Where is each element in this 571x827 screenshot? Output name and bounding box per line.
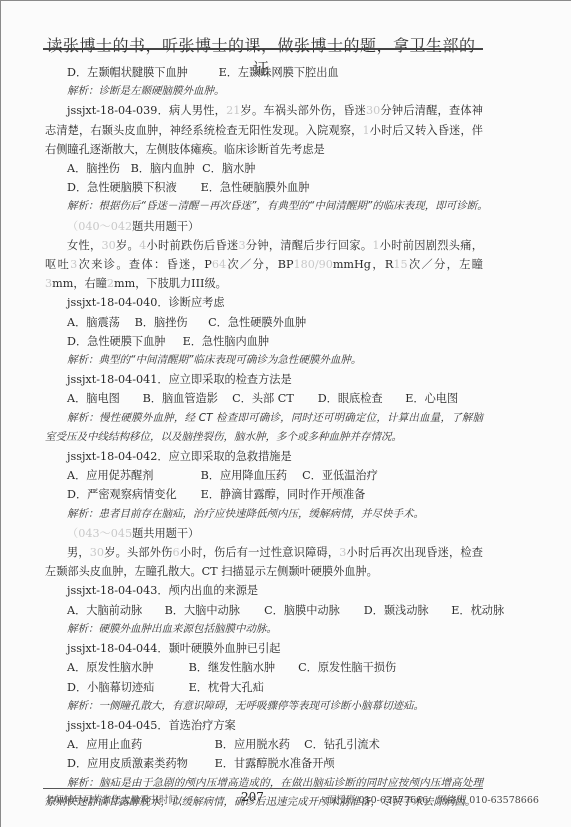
question-id: jssjxt-18-04-045． [67, 719, 169, 732]
option-c: C．原发性脑干损伤 [298, 658, 396, 677]
faded-number: 040～042 [78, 220, 132, 233]
option-a: A．脑电图 [67, 389, 139, 408]
option-d: D．严密观察病情变化 [67, 485, 197, 504]
question-041-explanation: 解析：慢性硬膜外血肿，经 CT 检查即可确诊，同时还可明确定位，计算出血量，了解… [45, 409, 483, 447]
question-042-options-row2: D．严密观察病情变化 E．静滴甘露醇，同时作开颅准备 [45, 485, 483, 504]
question-044-stem: jssjxt-18-04-044．颞叶硬膜外血肿已引起 [45, 639, 483, 658]
option-b: B．继发性脑水肿 [189, 658, 295, 677]
faded-number: 043～045 [78, 527, 132, 540]
option-a: A．应用促苏醒剂 [67, 466, 197, 485]
question-id: jssjxt-18-04-042． [67, 450, 169, 463]
prev-explanation: 解析：诊断是左颞硬脑膜外血肿。 [45, 82, 483, 101]
header-divider [43, 48, 483, 50]
question-043-stem: jssjxt-18-04-043．颅内出血的来源是 [45, 581, 483, 600]
question-044-options-row1: A．原发性脑水肿 B．继发性脑水肿 C．原发性脑干损伤 [45, 658, 483, 677]
option-c: C．钻孔引流术 [304, 735, 380, 754]
question-id: jssjxt-18-04-039． [67, 104, 169, 117]
option-b: B．脑内血肿 [131, 159, 199, 178]
group-040-042-header: （040～042题共用题干） [45, 217, 483, 236]
option-c: C．脑水肿 [202, 159, 255, 178]
question-041-options-row1: A．脑电图 B．脑血管造影 C．头部 CT D．眼底检查 E．心电图 [45, 389, 483, 408]
option-e: E．急性硬脑膜外血肿 [201, 178, 310, 197]
question-041-stem: jssjxt-18-04-041．应立即采取的检查方法是 [45, 370, 483, 389]
question-040-options-row2: D．急性硬膜下血肿 E．急性脑内血肿 [45, 332, 483, 351]
option-e: E．左颞蛛网膜下腔出血 [219, 63, 339, 82]
question-043-options-row1: A．大脑前动脉 B．大脑中动脉 C．脑膜中动脉 D．颞浅动脉 E．枕动脉 [45, 601, 483, 620]
question-039-options-row1: A．脑挫伤 B．脑内血肿 C．脑水肿 [45, 159, 483, 178]
group-043-045-case: 男，30岁。头部外伤6小时，伤后有一过性意识障碍，3小时后再次出现昏迷，检查左颞… [45, 543, 483, 581]
question-042-stem: jssjxt-18-04-042．应立即采取的急救措施是 [45, 447, 483, 466]
option-d: D．应用皮质激素类药物 [67, 754, 211, 773]
option-d: D．急性硬膜下血肿 [67, 332, 179, 351]
question-042-options-row1: A．应用促苏醒剂 B．应用降血压药 C．亚低温治疗 [45, 466, 483, 485]
option-c: C．头部 CT [232, 389, 314, 408]
option-a: A．脑震荡 [67, 313, 131, 332]
option-d: D．小脑幕切迹疝 [67, 678, 185, 697]
question-040-stem: jssjxt-18-04-040．诊断应考虑 [45, 293, 483, 312]
option-c: C．急性硬膜外血肿 [208, 313, 306, 332]
faded-number: 30 [366, 104, 380, 117]
footer-divider [43, 788, 483, 789]
question-040-explanation: 解析：典型的“中间清醒期”临床表现可确诊为急性硬膜外血肿。 [45, 351, 483, 370]
option-e: E．静滴甘露醇，同时作开颅准备 [201, 485, 366, 504]
question-id: jssjxt-18-04-043． [67, 584, 169, 597]
option-b: B．脑血管造影 [143, 389, 229, 408]
option-b: B．脑挫伤 [135, 313, 205, 332]
option-e: E．甘露醇脱水准备开颅 [215, 754, 335, 773]
option-d: D．左颞帽状腱膜下血肿 [67, 63, 215, 82]
option-e: E．枕动脉 [451, 601, 504, 620]
question-039-explanation: 解析：根据伤后“昏迷－清醒－再次昏迷”，有典型的“中间清醒期”的临床表现，即可诊… [45, 197, 483, 216]
option-b: B．大脑中动脉 [165, 601, 261, 620]
option-a: A．应用止血药 [67, 735, 211, 754]
footer-tagline: 名师辅导可节省您大量看书时间 [45, 792, 178, 806]
prev-options-row: D．左颞帽状腱膜下血肿 E．左颞蛛网膜下腔出血 [45, 63, 483, 82]
group-040-042-case: 女性，30岁。4小时前跌伤后昏迷3分钟，清醒后步行回家。1小时前因剧烈头痛，呕吐… [45, 236, 483, 294]
option-c: C．亚低温治疗 [302, 466, 378, 485]
option-a: A．脑挫伤 [67, 159, 127, 178]
question-044-options-row2: D．小脑幕切迹疝 E．枕骨大孔疝 [45, 678, 483, 697]
question-045-options-row1: A．应用止血药 B．应用脱水药 C．钻孔引流术 [45, 735, 483, 754]
option-b: B．应用脱水药 [215, 735, 301, 754]
option-a: A．原发性脑水肿 [67, 658, 185, 677]
question-039-options-row2: D．急性硬脑膜下积液 E．急性硬脑膜外血肿 [45, 178, 483, 197]
option-d: D．急性硬脑膜下积液 [67, 178, 197, 197]
faded-number: 1 [362, 124, 369, 137]
footer-contact: 面授班 010-63577666 网络班 010-63578666 [327, 792, 539, 806]
option-a: A．大脑前动脉 [67, 601, 161, 620]
faded-number: 21 [226, 104, 240, 117]
option-c: C．脑膜中动脉 [264, 601, 360, 620]
page-content: D．左颞帽状腱膜下血肿 E．左颞蛛网膜下腔出血 解析：诊断是左颞硬脑膜外血肿。 … [45, 63, 483, 812]
question-045-options-row2: D．应用皮质激素类药物 E．甘露醇脱水准备开颅 [45, 754, 483, 773]
option-e: E．心电图 [405, 389, 458, 408]
option-d: D．眼底检查 [318, 389, 402, 408]
group-043-045-header: （043～045题共用题干） [45, 524, 483, 543]
question-042-explanation: 解析：患者目前存在脑疝，治疗应快速降低颅内压，缓解病情，并尽快手术。 [45, 505, 483, 524]
page-number: 207 [241, 790, 264, 804]
question-044-explanation: 解析：一侧瞳孔散大，有意识障碍，无呼吸骤停等表现可诊断小脑幕切迹疝。 [45, 697, 483, 716]
option-d: D．颞浅动脉 [364, 601, 448, 620]
option-b: B．应用降血压药 [201, 466, 299, 485]
question-043-explanation: 解析：硬膜外血肿出血来源包括脑膜中动脉。 [45, 620, 483, 639]
question-id: jssjxt-18-04-041． [67, 373, 169, 386]
question-id: jssjxt-18-04-044． [67, 642, 169, 655]
option-e: E．枕骨大孔疝 [189, 678, 264, 697]
question-045-stem: jssjxt-18-04-045．首选治疗方案 [45, 716, 483, 735]
question-039-stem: jssjxt-18-04-039．病人男性，21岁。车祸头部外伤，昏迷30分钟后… [45, 101, 483, 159]
option-e: E．急性脑内血肿 [183, 332, 269, 351]
question-id: jssjxt-18-04-040． [67, 296, 169, 309]
question-040-options-row1: A．脑震荡 B．脑挫伤 C．急性硬膜外血肿 [45, 313, 483, 332]
